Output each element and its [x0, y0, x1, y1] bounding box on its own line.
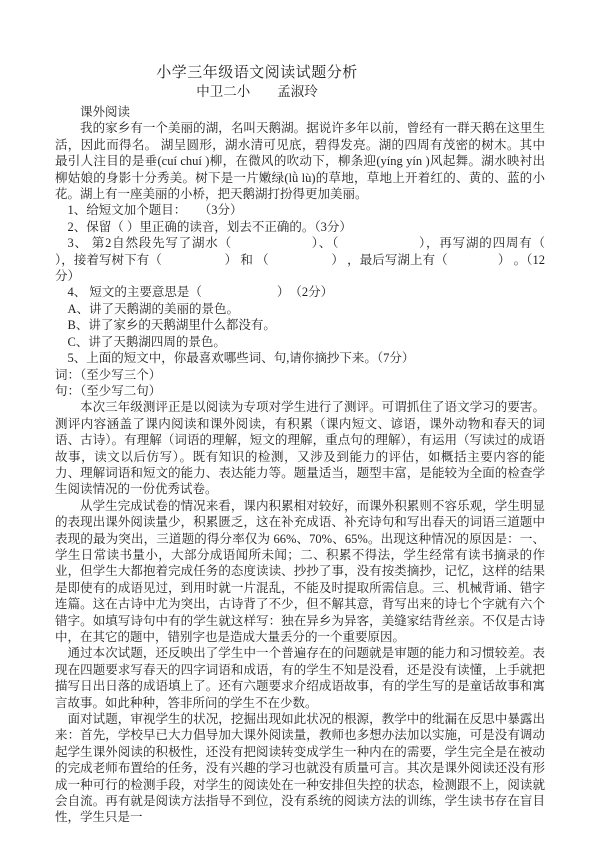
section-heading: 课外阅读	[55, 104, 545, 120]
document-page: 小学三年级语文阅读试题分析 中卫二小 孟淑玲 课外阅读 我的家乡有一个美丽的湖，…	[0, 0, 600, 850]
question-4-option-a: A、讲了天鹅湖的美丽的景色。	[55, 301, 545, 317]
doc-title: 小学三年级语文阅读试题分析	[55, 64, 459, 83]
question-5-words-line: 词：（至少写三个）	[55, 367, 545, 383]
question-item-4: 4、 短文的主要意思是（ ） （2分）	[55, 284, 545, 300]
analysis-paragraph-2: 从学生完成试卷的情况来看，课内积累相对较好，而课外积累则不容乐观，学生明显的表现…	[55, 498, 545, 646]
question-4-option-c: C、讲了天鹅湖四周的景色。	[55, 334, 545, 350]
question-item-1: 1、给短文加个题目： （3分）	[55, 202, 545, 218]
analysis-paragraph-4: 面对试题，审视学生的状况，挖掘出现如此状况的根源，教学中的纰漏在反思中暴露出来：…	[55, 711, 545, 826]
question-item-5: 5、上面的短文中，你最喜欢哪些词、句,请你摘抄下来。（7分）	[55, 350, 545, 366]
document-content: 小学三年级语文阅读试题分析 中卫二小 孟淑玲 课外阅读 我的家乡有一个美丽的湖，…	[55, 64, 545, 826]
title-block: 小学三年级语文阅读试题分析 中卫二小 孟淑玲	[55, 64, 545, 101]
analysis-paragraph-3: 通过本次试题，还反映出了学生中一个普遍存在的问题就是审题的能力和习惯较差。表现在…	[55, 645, 545, 711]
question-item-3: 3、 第2自然段先写了湖水（ ）、（ ），再写湖的四周有（ ），接着写树下有（ …	[55, 235, 545, 284]
reading-passage: 我的家乡有一个美丽的湖，名叫天鹅湖。据说许多年以前，曾经有一群天鹅在这里生活，因…	[55, 120, 545, 202]
analysis-paragraph-1: 本次三年级测评正是以阅读为专项对学生进行了测评。可谓抓住了语文学习的要害。测评内…	[55, 399, 545, 497]
question-5-sentences-line: 句：（至少写二句）	[55, 383, 545, 399]
question-item-2: 2、保留（ ）里正确的读音，划去不正确的。（3分）	[55, 219, 545, 235]
author-line: 中卫二小 孟淑玲	[55, 83, 459, 101]
question-4-option-b: B、讲了家乡的天鹅湖里什么都没有。	[55, 317, 545, 333]
